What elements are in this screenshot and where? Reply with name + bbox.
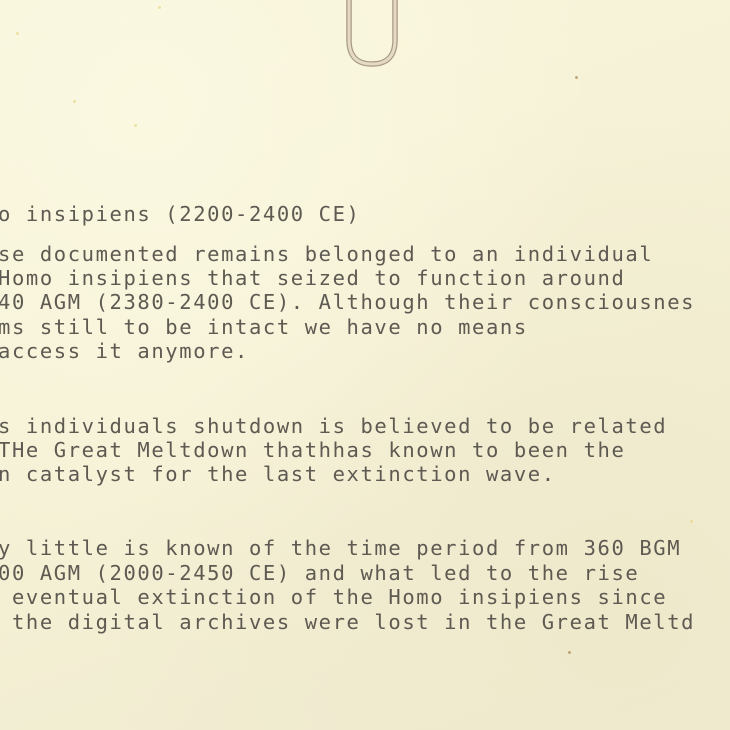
paper-speck: [16, 32, 19, 35]
section-heading: o insipiens (2200-2400 CE): [0, 204, 361, 225]
paragraph-1-line-5: access it anymore.: [0, 341, 249, 362]
paragraph-1-line-3: 40 AGM (2380-2400 CE). Although their co…: [0, 292, 695, 313]
paper-speck: [134, 124, 137, 127]
paper-speck: [690, 520, 693, 523]
paragraph-3-line-1: y little is known of the time period fro…: [0, 538, 681, 559]
paragraph-3-line-3: eventual extinction of the Homo insipien…: [0, 587, 667, 608]
paper-speck: [568, 651, 571, 654]
paper-speck: [158, 6, 161, 9]
paragraph-1-line-2: Homo insipiens that seized to function a…: [0, 268, 625, 289]
paragraph-1-line-4: ms still to be intact we have no means: [0, 317, 528, 338]
typewritten-page: o insipiens (2200-2400 CE) se documented…: [0, 0, 730, 730]
paperclip-icon: [343, 0, 401, 68]
paper-speck: [575, 76, 578, 79]
paragraph-2-line-2: THe Great Meltdown thathhas known to bee…: [0, 440, 625, 461]
paragraph-3-line-2: 00 AGM (2000-2450 CE) and what led to th…: [0, 563, 639, 584]
paragraph-3-line-4: the digital archives were lost in the Gr…: [0, 612, 695, 633]
paragraph-2-line-1: s individuals shutdown is believed to be…: [0, 416, 667, 437]
paragraph-1-line-1: se documented remains belonged to an ind…: [0, 244, 653, 265]
paragraph-2-line-3: n catalyst for the last extinction wave.: [0, 464, 556, 485]
paper-speck: [73, 100, 76, 103]
